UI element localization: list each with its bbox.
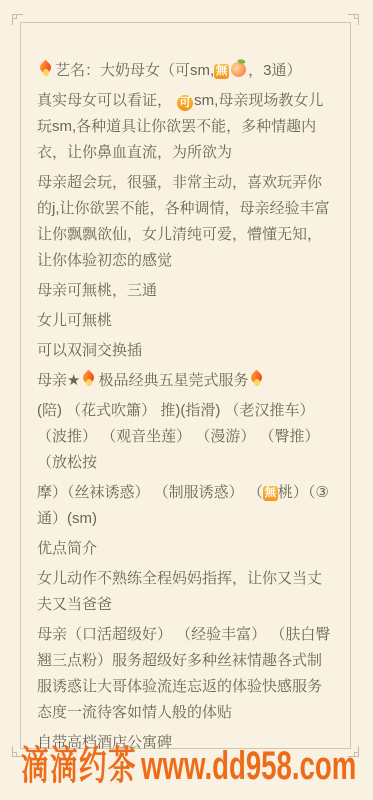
content-paragraphs: 艺名：大奶母女（可sm,無，3通）真实母女可以看证， 可sm,母亲现场教女儿玩s… [21, 23, 350, 760]
paragraph: (陪) （花式吹簫） 推)(指滑) （老汉推车） （波推） （观音坐莲） （漫游… [37, 398, 334, 476]
fire-icon [82, 370, 96, 387]
fire-icon [39, 60, 53, 77]
paragraph: 真实母女可以看证， 可sm,母亲现场教女儿玩sm,各种道具让你欲罢不能，多种情趣… [37, 88, 334, 166]
paragraph: 艺名：大奶母女（可sm,無，3通） [37, 58, 334, 84]
paragraph: 母亲★极品经典五星莞式服务 [37, 368, 334, 394]
paragraph: 摩）（丝袜诱惑） （制服诱惑） （無桃）（③通）(sm) [37, 480, 334, 532]
frame-corner-top-right-icon [349, 14, 359, 24]
paragraph: 女儿可無桃 [37, 308, 334, 334]
badge-square: 無 [214, 64, 229, 79]
paragraph: 优点简介 [37, 536, 334, 562]
paragraph: 可以双洞交换插 [37, 338, 334, 364]
content-frame: 艺名：大奶母女（可sm,無，3通）真实母女可以看证， 可sm,母亲现场教女儿玩s… [20, 22, 351, 749]
watermark-site-name: 滴滴约茶 [21, 744, 137, 788]
paragraph: 母亲可無桃，三通 [37, 278, 334, 304]
badge-round: 可 [177, 95, 193, 111]
badge-square: 無 [263, 486, 278, 501]
paragraph: 母亲超会玩，很骚，非常主动，喜欢玩弄你的j,让你欲罢不能，各种调情，母亲经验丰富… [37, 170, 334, 274]
watermark-url: www.dd958.com [141, 744, 356, 788]
paragraph: 女儿动作不熟练全程妈妈指挥，让你又当丈夫又当爸爸 [37, 566, 334, 618]
peach-icon [231, 62, 246, 77]
paragraph: 母亲（口活超级好） （经验丰富） （肤白臀翘三点粉）服务超级好多种丝袜情趣各式制… [37, 622, 334, 726]
watermark: 滴滴约茶www.dd958.com [21, 743, 356, 789]
fire-icon [250, 370, 264, 387]
